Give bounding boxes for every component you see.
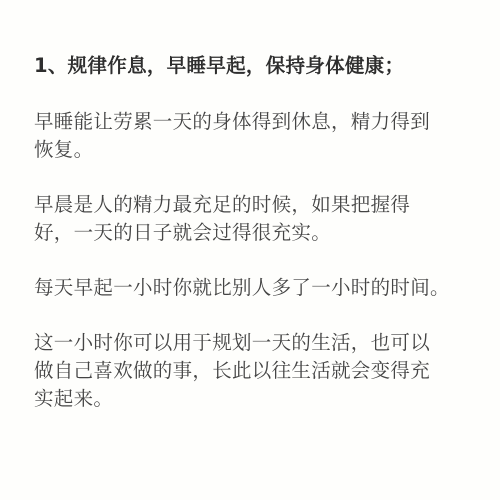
paragraph-line: 做自己喜欢做的事，长此以往生活就会变得充 <box>34 357 470 385</box>
paragraph-use-of-hour: 这一小时你可以用于规划一天的生活，也可以 做自己喜欢做的事，长此以往生活就会变得… <box>34 329 470 413</box>
paragraph-line: 实起来。 <box>34 385 470 413</box>
paragraph-extra-hour: 每天早起一小时你就比别人多了一小时的时间。 <box>34 274 470 302</box>
document-page: 1、规律作息，早睡早起，保持身体健康； 早睡能让劳累一天的身体得到休息，精力得到… <box>0 0 500 500</box>
section-heading: 1、规律作息，早睡早起，保持身体健康； <box>34 52 470 80</box>
paragraph-early-sleep: 早睡能让劳累一天的身体得到休息，精力得到 恢复。 <box>34 108 470 164</box>
paragraph-line: 这一小时你可以用于规划一天的生活，也可以 <box>34 329 470 357</box>
paragraph-line: 早睡能让劳累一天的身体得到休息，精力得到 <box>34 108 470 136</box>
paragraph-line: 早晨是人的精力最充足的时候，如果把握得 <box>34 191 470 219</box>
paragraph-line: 每天早起一小时你就比别人多了一小时的时间。 <box>34 274 470 302</box>
paragraph-line: 恢复。 <box>34 136 470 164</box>
paragraph-line: 好，一天的日子就会过得很充实。 <box>34 219 470 247</box>
paragraph-morning-energy: 早晨是人的精力最充足的时候，如果把握得 好，一天的日子就会过得很充实。 <box>34 191 470 247</box>
